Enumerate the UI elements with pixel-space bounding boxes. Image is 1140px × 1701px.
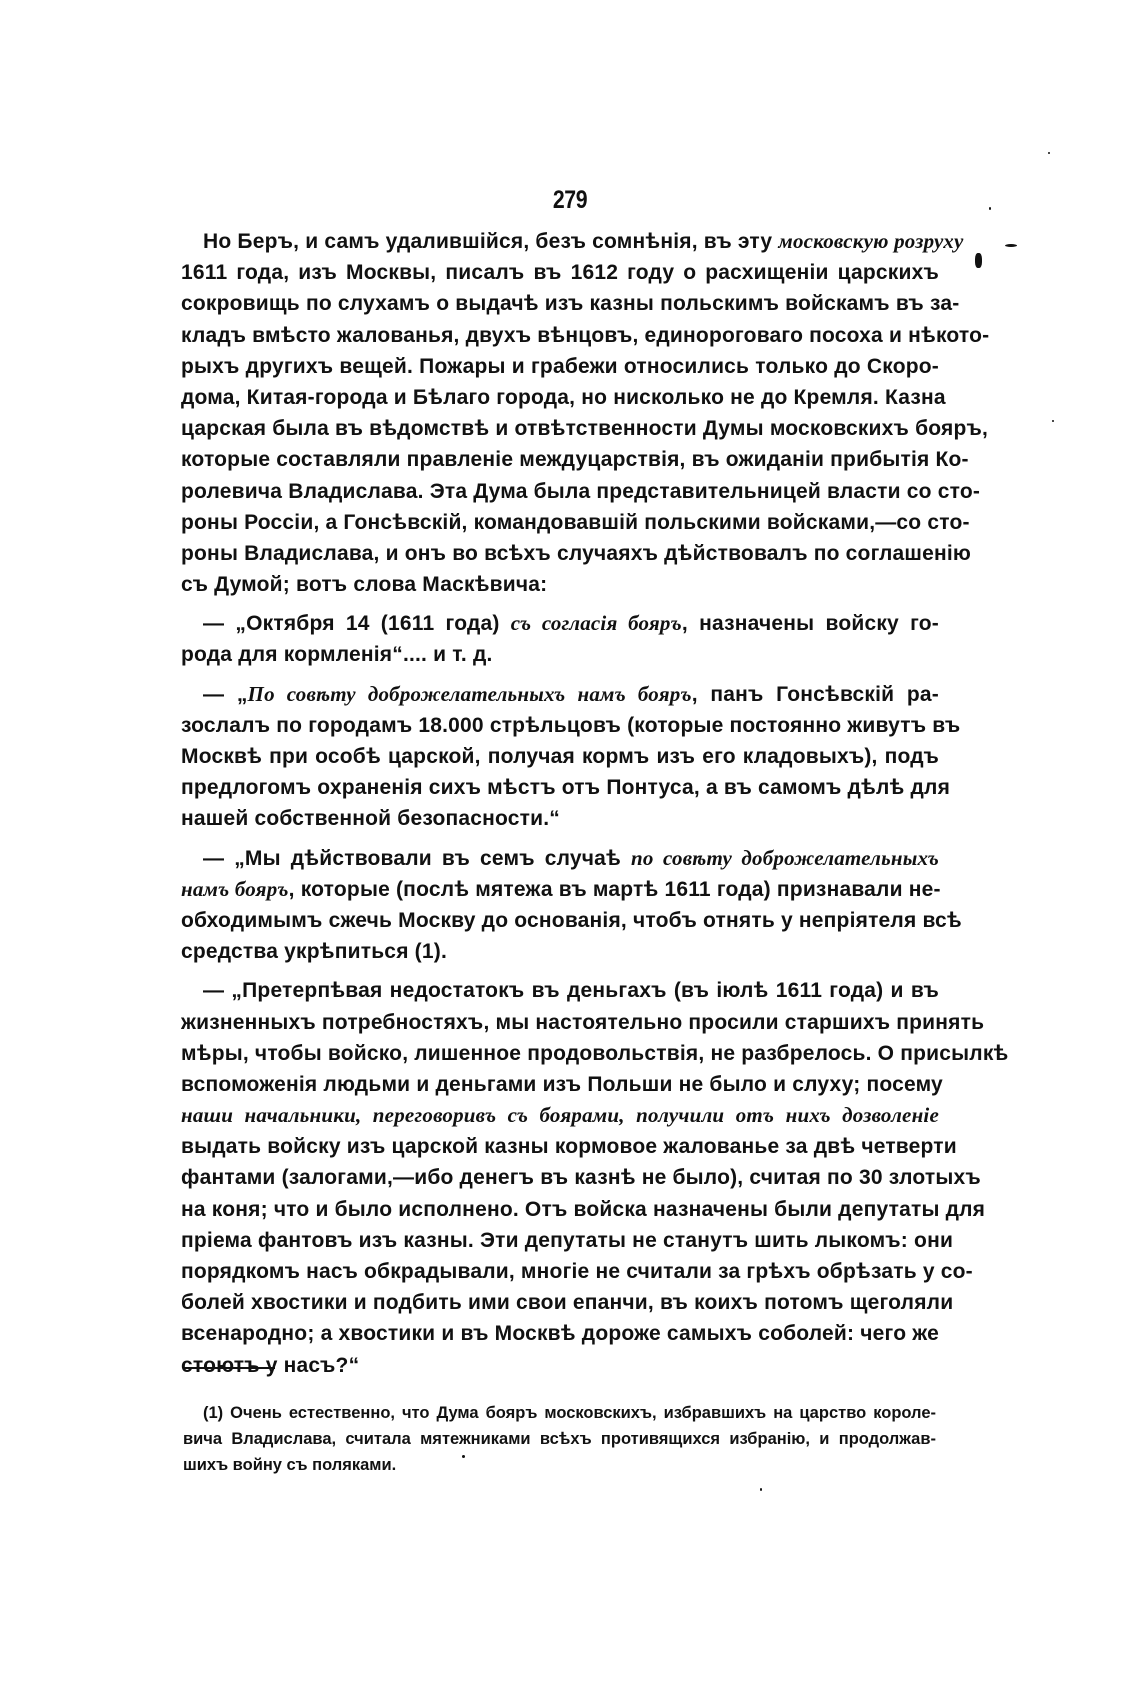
ink-speck [1048,152,1050,154]
text-line: предлогомъ охраненiя сихъ мѣстъ отъ Понт… [181,772,939,803]
footnote: (1) Очень естественно, что Дума бояръ мо… [183,1400,936,1478]
text-line: прiема фантовъ изъ казны. Эти депутаты н… [181,1225,939,1256]
text-run: , панъ Гонсѣвскiй ра- [692,683,939,706]
quote-paragraph: — „Мы дѣйствовали въ семъ случаѣ по совѣ… [181,843,939,968]
text-line: намъ бояръ, которые (послѣ мятежа въ мар… [181,874,939,905]
text-line: рыхъ другихъ вещей. Пожары и грабежи отн… [181,351,939,382]
text-line: нашей собственной безопасности.“ [181,803,939,834]
ink-speck [760,1488,762,1491]
text-line: жизненныхъ потребностяхъ, мы настоятельн… [181,1007,939,1038]
text-line: выдать войску изъ царской казны кормовое… [181,1131,939,1162]
italic-text: по совѣту доброжелательныхъ [631,846,939,870]
text-line: — „Претерпѣвая недостатокъ въ деньгахъ (… [181,975,939,1006]
text-line: которые составляли правленiе междуцарств… [181,444,939,475]
quote-paragraph: — „По совѣту доброжелательныхъ намъ бояр… [181,679,939,835]
text-line: порядкомъ насъ обкрадывали, многiе не сч… [181,1256,939,1287]
text-line: — „По совѣту доброжелательныхъ намъ бояр… [181,679,939,710]
text-run: , назначены войску го- [682,612,939,635]
text-line: роны Россiи, а Гонсѣвскiй, командовавшiй… [181,507,939,538]
page-number: 279 [86,186,1055,215]
body-text: Но Беръ, и самъ удалившiйся, безъ сомнѣн… [181,226,939,1381]
text-line: Но Беръ, и самъ удалившiйся, безъ сомнѣн… [181,226,939,257]
text-line: роны Владислава, и онъ во всѣхъ случаяхъ… [181,538,939,569]
text-line: 1611 года, изъ Москвы, писалъ въ 1612 го… [181,257,939,288]
text-line: кладъ вмѣсто жалованья, двухъ вѣнцовъ, е… [181,320,939,351]
quote-paragraph: — „Претерпѣвая недостатокъ въ деньгахъ (… [181,975,939,1380]
text-line: на коня; что и было исполнено. Отъ войск… [181,1194,939,1225]
text-line: обходимымъ сжечь Москву до основанiя, чт… [181,905,939,936]
text-line: ролевича Владислава. Эта Дума была предс… [181,476,939,507]
text-line: дома, Китая-города и Бѣлаго города, но н… [181,382,939,413]
ink-speck [1005,244,1017,247]
footnote-line: вича Владислава, считала мятежниками всѣ… [183,1426,936,1452]
text-line: вспоможенiя людьми и деньгами изъ Польши… [181,1069,939,1100]
text-line: царская была въ вѣдомствѣ и отвѣтственно… [181,413,939,444]
text-line: сокровищь по слухамъ о выдачѣ изъ казны … [181,288,939,319]
footnote-divider [183,1367,275,1369]
ink-speck [989,207,991,210]
italic-text: московскую розруху [778,229,963,253]
ink-speck [1052,420,1054,422]
text-line: фантами (залогами,—ибо денегъ въ казнѣ н… [181,1162,939,1193]
text-line: съ Думой; вотъ слова Маскѣвича: [181,569,939,600]
footnote-line: (1) Очень естественно, что Дума бояръ мо… [183,1400,936,1426]
quote-paragraph: — „Октября 14 (1611 года) съ согласiя бо… [181,608,939,670]
text-line: стоютъ у насъ?“ [181,1350,939,1381]
text-line: рода для кормленiя“.... и т. д. [181,639,939,670]
text-line: зослалъ по городамъ 18.000 стрѣльцовъ (к… [181,710,939,741]
text-line: — „Октября 14 (1611 года) съ согласiя бо… [181,608,939,639]
ink-speck [975,253,982,268]
text-run: — „Мы дѣйствовали въ семъ случаѣ [203,847,631,870]
text-run: — „ [203,683,248,706]
text-line: наши начальники, переговоривъ съ боярами… [181,1100,939,1131]
text-run: — „Октября 14 (1611 года) [203,612,511,635]
italic-text: съ согласiя бояръ [511,611,682,635]
text-line: болей хвостики и подбить ими свои епанчи… [181,1287,939,1318]
italic-text: намъ бояръ [181,877,289,901]
italic-text: По совѣту доброжелательныхъ намъ бояръ [248,682,692,706]
footnote-line: шихъ войну съ поляками. [183,1452,936,1478]
book-page: 279 Но Беръ, и самъ удалившiйся, безъ со… [0,0,1140,1701]
text-line: — „Мы дѣйствовали въ семъ случаѣ по совѣ… [181,843,939,874]
paragraph: Но Беръ, и самъ удалившiйся, безъ сомнѣн… [181,226,939,600]
text-line: Москвѣ при особѣ царской, получая кормъ … [181,741,939,772]
ink-speck [462,1455,465,1458]
text-line: средства укрѣпиться (1). [181,936,939,967]
text-line: мѣры, чтобы войско, лишенное продовольст… [181,1038,939,1069]
text-run: , которые (послѣ мятежа въ мартѣ 1611 го… [289,878,941,901]
text-run: Но Беръ, и самъ удалившiйся, безъ сомнѣн… [203,230,778,253]
italic-text: наши начальники, переговоривъ съ боярами… [181,1103,939,1127]
text-line: всенародно; а хвостики и въ Москвѣ дорож… [181,1318,939,1349]
